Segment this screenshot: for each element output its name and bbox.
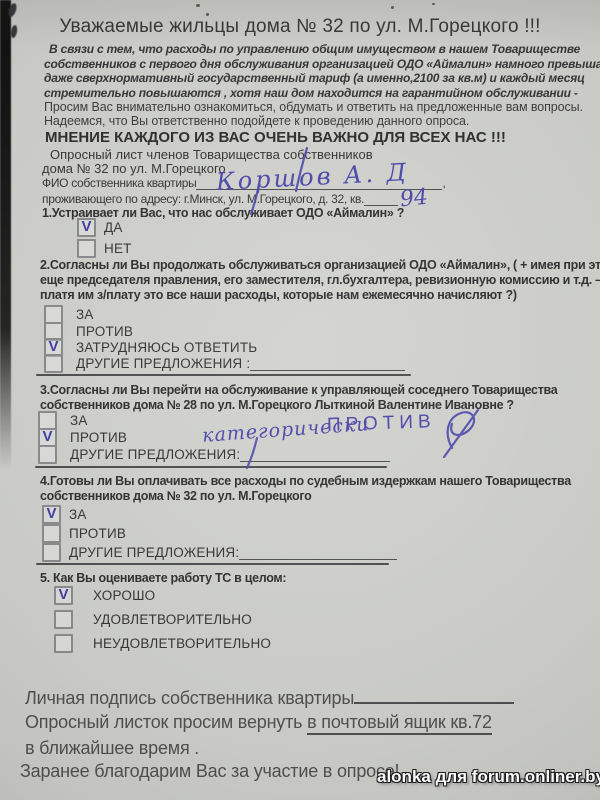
option-label: ДРУГИЕ ПРЕДЛОЖЕНИЯ: <box>70 447 240 462</box>
option-label: УДОВЛЕТВОРИТЕЛЬНО <box>93 612 252 627</box>
option-row: ДРУГИЕ ПРЕДЛОЖЕНИЯ : <box>44 354 405 373</box>
return-underlined: в почтовый ящик кв.72 <box>307 712 492 735</box>
checkbox[interactable] <box>42 524 61 543</box>
page-title: Уважаемые жильцы дома № 32 по ул. М.Горе… <box>0 16 600 38</box>
separator-line <box>35 466 387 468</box>
option-label: ЗА <box>69 507 87 522</box>
question-line: 3.Согласны ли Вы перейти на обслуживание… <box>40 383 557 398</box>
option-row: V ДА <box>77 218 123 237</box>
apartment-handwriting: 94 <box>399 185 429 213</box>
separator-line <box>36 374 411 376</box>
option-label: ЗАТРУДНЯЮСЬ ОТВЕТИТЬ <box>76 340 257 355</box>
return-prefix: Опросный листок просим вернуть <box>25 712 307 732</box>
question-line: собственников дома № 28 по ул. М.Горецко… <box>40 398 557 413</box>
intro-line: В связи с тем, что расходы по управлению… <box>44 42 600 57</box>
option-row: V ЗА <box>42 505 87 524</box>
checkbox-mark: V <box>81 219 91 234</box>
checkbox[interactable]: V <box>54 586 73 605</box>
question-line: собственников дома № 32 по ул. М.Горецко… <box>40 489 571 504</box>
option-row: ПРОТИВ <box>42 524 126 543</box>
dust-speck <box>391 6 394 9</box>
checkbox-mark: V <box>58 587 68 602</box>
option-label: ДРУГИЕ ПРЕДЛОЖЕНИЯ : <box>76 356 250 371</box>
separator-line <box>36 563 389 565</box>
intro-line: собственников с первого дня обслуживания… <box>44 57 600 72</box>
question-line: 2.Согласны ли Вы продолжать обслуживатьс… <box>40 258 600 273</box>
dust-speck <box>206 13 209 16</box>
footer-return-line2: в ближайшее время . <box>25 738 199 759</box>
question-line: еще председателя правления, его заместит… <box>40 273 600 288</box>
option-label: ПРОТИВ <box>70 430 127 445</box>
intro-note: Просим Вас внимательно ознакомиться, обд… <box>44 100 583 114</box>
question-4-text: 4.Готовы ли Вы оплачивать все расходы по… <box>40 474 571 504</box>
intro-line: даже сверхнормативный государственный та… <box>44 71 600 86</box>
handwritten-note-caps: ПРОТИВ <box>327 411 436 437</box>
signature-blank[interactable] <box>354 686 514 704</box>
checkbox-mark: V <box>42 429 52 444</box>
dust-speck <box>196 4 200 7</box>
option-label: ПРОТИВ <box>69 526 126 541</box>
checkbox[interactable] <box>42 543 61 562</box>
intro-line: стремительно повышаются , хотя наш дом н… <box>44 86 600 101</box>
footer-thanks: Заранее благодарим Вас за участие в опро… <box>20 761 399 782</box>
question-3-text: 3.Согласны ли Вы перейти на обслуживание… <box>40 383 557 413</box>
option-label: ДА <box>104 220 123 235</box>
watermark: alonka для forum.onliner.by <box>377 767 600 787</box>
checkbox[interactable] <box>44 354 63 373</box>
option-row: V ХОРОШО <box>54 586 155 605</box>
option-label: НЕУДОВЛЕТВОРИТЕЛЬНО <box>93 636 271 651</box>
checkbox-mark: V <box>48 339 58 354</box>
footer-signature-line: Личная подпись собственника квартиры <box>25 686 514 709</box>
signature-label: Личная подпись собственника квартиры <box>25 688 354 708</box>
owner-name-handwriting: Коршов А. Д <box>215 158 409 196</box>
question-2-text: 2.Согласны ли Вы продолжать обслуживатьс… <box>40 258 600 304</box>
other-suggestions-blank[interactable] <box>239 546 397 560</box>
question-line: 4.Готовы ли Вы оплачивать все расходы по… <box>40 474 571 489</box>
signature-squiggle <box>444 410 478 457</box>
intro-paragraph: В связи с тем, что расходы по управлению… <box>44 42 600 100</box>
other-suggestions-blank[interactable] <box>250 357 405 371</box>
checkbox[interactable] <box>77 239 96 258</box>
option-row: ДРУГИЕ ПРЕДЛОЖЕНИЯ: <box>38 445 390 464</box>
checkbox[interactable] <box>54 610 73 629</box>
survey-subtitle: Опросный лист членов Товарищества собств… <box>50 147 373 162</box>
fio-comma: , <box>442 176 445 190</box>
option-row: УДОВЛЕТВОРИТЕЛЬНО <box>54 610 252 629</box>
photo-edge-shadow <box>0 0 11 470</box>
option-row: НЕУДОВЛЕТВОРИТЕЛЬНО <box>54 634 271 653</box>
checkbox[interactable] <box>38 445 57 464</box>
apartment-blank[interactable] <box>364 192 398 206</box>
checkbox[interactable] <box>54 634 73 653</box>
option-label: ЗА <box>76 307 94 322</box>
dust-speck <box>432 3 435 5</box>
signature-squiggle <box>448 412 474 448</box>
survey-subtitle: дома № 32 по ул. М.Горецкого <box>42 161 226 176</box>
option-label: НЕТ <box>104 241 132 256</box>
question-5-text: 5. Как Вы оцениваете работу ТС в целом: <box>40 571 286 586</box>
address-label: проживающего по адресу: г.Минск, ул. М.Г… <box>42 192 364 206</box>
option-label: ЗА <box>70 413 88 428</box>
slogan-line: МНЕНИЕ КАЖДОГО ИЗ ВАС ОЧЕНЬ ВАЖНО ДЛЯ ВС… <box>45 129 506 146</box>
other-suggestions-blank[interactable] <box>240 448 390 462</box>
intro-note: Надеемся, что Вы ответственно подойдете … <box>44 114 469 128</box>
checkbox[interactable]: V <box>77 218 96 237</box>
option-label: ХОРОШО <box>93 588 155 603</box>
option-row: ДРУГИЕ ПРЕДЛОЖЕНИЯ: <box>42 543 397 562</box>
option-label: ДРУГИЕ ПРЕДЛОЖЕНИЯ: <box>69 545 239 560</box>
fio-label: ФИО собственника квартиры <box>42 176 196 190</box>
option-label: ПРОТИВ <box>76 324 133 339</box>
survey-paper-photo: Уважаемые жильцы дома № 32 по ул. М.Горе… <box>0 0 600 800</box>
checkbox-mark: V <box>46 506 56 521</box>
checkbox[interactable]: V <box>42 505 61 524</box>
footer-return-line: Опросный листок просим вернуть в почтовы… <box>25 712 492 733</box>
option-row: НЕТ <box>77 239 132 258</box>
question-line: платя им з/плату это все наши расходы, к… <box>40 288 600 303</box>
